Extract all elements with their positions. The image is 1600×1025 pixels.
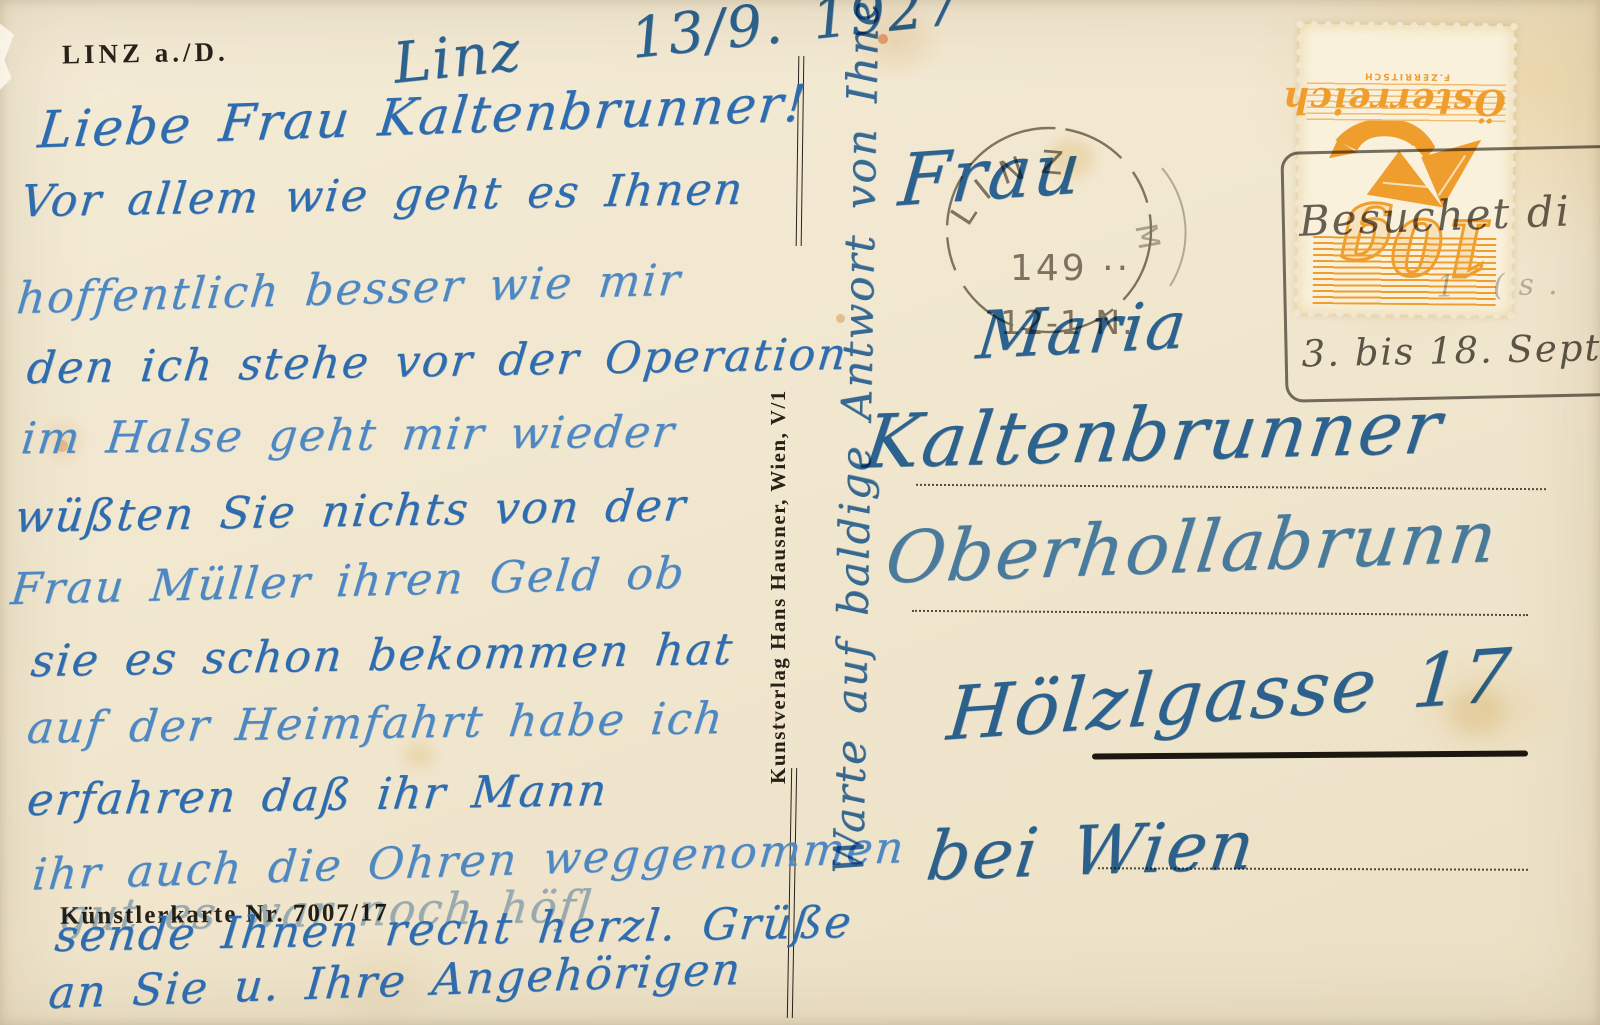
postmark-side-letter: M <box>1127 221 1166 253</box>
message-line: sie es schon bekommen hat <box>29 624 737 687</box>
slogan-cancel-box: Besuchet di 1 (s. 3. bis 18. Sept. 19 <box>1280 144 1600 403</box>
postcard-back: LINZ a./D. Linz13/9. 1927 Liebe Frau Kal… <box>0 0 1600 1025</box>
postmark: LINZ 149 ·· 12-1 N. M <box>912 108 1192 358</box>
address-dotted-line <box>912 610 1528 616</box>
message-line: wüßten Sie nichts von der <box>13 480 690 543</box>
postmark-town: LINZ <box>943 143 1079 232</box>
address-town: Oberhollabrunn <box>881 494 1503 599</box>
address-street: Hölzlgasse 17 <box>944 633 1516 758</box>
message-line: Liebe Frau Kaltenbrunner! <box>35 75 810 161</box>
message-line: Frau Müller ihren Geld ob <box>9 548 688 615</box>
address-solid-underline <box>1092 750 1528 759</box>
stamp-country-name: Österreich <box>1307 80 1506 122</box>
message-line: auf der Heimfahrt habe ich <box>25 693 727 754</box>
slogan-faint-fragments: 1 (s. <box>1436 267 1572 305</box>
message-line: ihr auch die Ohren weggenommen <box>30 822 907 900</box>
slogan-text: Besuchet di <box>1298 186 1572 245</box>
address-region: bei Wien <box>922 806 1260 896</box>
message-block: Liebe Frau Kaltenbrunner! Vor allem wie … <box>0 0 900 1025</box>
postmark-number: 149 ·· <box>1010 248 1131 289</box>
message-line: den ich stehe vor der Operation <box>24 329 850 394</box>
message-line: erfahren daß ihr Mann <box>25 765 611 826</box>
svg-text:LINZ: LINZ <box>943 143 1079 232</box>
address-dotted-line <box>916 484 1546 490</box>
message-line: hoffentlich besser wie mir <box>15 255 684 324</box>
slogan-dates: 3. bis 18. Sept. 19 <box>1301 325 1600 376</box>
postmark-time: 12-1 N. <box>1000 303 1135 342</box>
message-line: im Halse geht mir wieder <box>19 407 679 465</box>
message-line: Vor allem wie geht es Ihnen <box>19 164 747 228</box>
